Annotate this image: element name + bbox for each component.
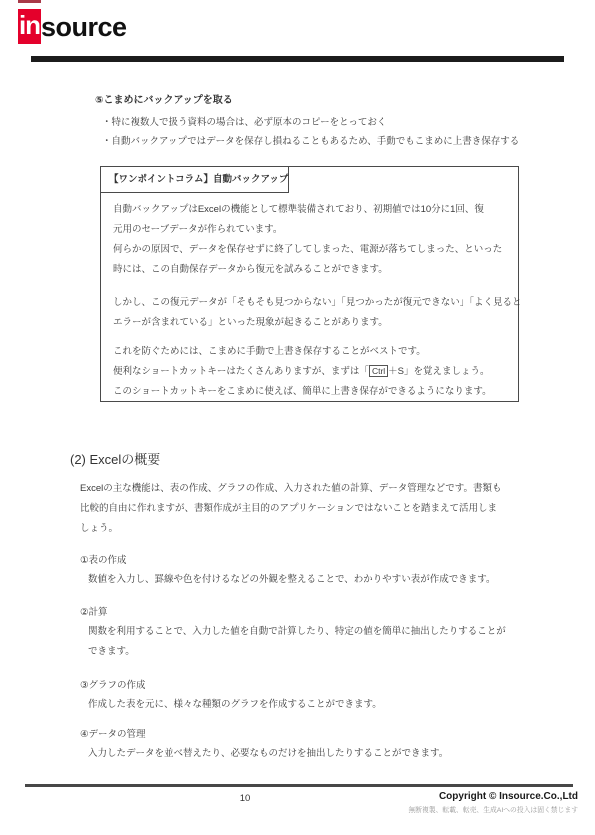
column-line: 何らかの原因で、データを保存せずに終了してしまった、電源が落ちてしまった、といっ…	[113, 241, 502, 255]
copyright-text: Copyright © Insource.Co.,Ltd	[439, 791, 578, 802]
backup-bullet-1: ・特に複数人で扱う資料の場合は、必ず原本のコピーをとっておく	[102, 114, 386, 128]
footer-divider	[25, 784, 573, 787]
ctrl-key-icon: Ctrl	[369, 365, 388, 377]
column-line: これを防ぐためには、こまめに手動で上書き保存することがベストです。	[113, 343, 426, 357]
excel-item-4-title: ④データの管理	[80, 726, 146, 740]
column-line: 元用のセーブデータが作られています。	[113, 221, 282, 235]
logo-top-fragment	[18, 0, 41, 3]
excel-item-3-line: 作成した表を元に、様々な種類のグラフを作成することができます。	[88, 696, 382, 710]
excel-intro-line: 比較的自由に作れますが、書類作成が主目的のアプリケーションではないことを踏まえて…	[80, 500, 497, 514]
column-line: このショートカットキーをこまめに使えば、簡単に上書き保存ができるようになります。	[113, 383, 492, 397]
excel-item-3-title: ③グラフの作成	[80, 677, 146, 691]
column-line: エラーが含まれている」といった現象が起きることがあります。	[113, 314, 388, 328]
column-line: しかし、この復元データが「そもそも見つからない」「見つかったが復元できない」「よ…	[113, 294, 522, 308]
excel-item-1-title: ①表の作成	[80, 552, 127, 566]
insource-logo-in-icon: in	[18, 9, 41, 44]
excel-intro-line: Excelの主な機能は、表の作成、グラフの作成、入力された値の計算、データ管理な…	[80, 480, 501, 494]
backup-section-heading: ⑤こまめにバックアップを取る	[95, 91, 233, 106]
shortcut-text-pre: 便利なショートカットキーはたくさんありますが、まずは「	[113, 366, 369, 377]
backup-bullet-2: ・自動バックアップではデータを保存し損ねることもあるため、手動でもこまめに上書き…	[102, 133, 519, 147]
shortcut-text-post: ＋S」を覚えましょう。	[388, 366, 489, 377]
excel-intro-line: しょう。	[80, 520, 118, 534]
excel-item-4-line: 入力したデータを並べ替えたり、必要なものだけを抽出したりすることができます。	[88, 745, 448, 759]
column-box-title: 【ワンポイントコラム】自動バックアップ	[100, 166, 289, 193]
excel-section-heading: (2) Excelの概要	[70, 449, 160, 468]
excel-item-2-line: 関数を利用することで、入力した値を自動で計算したり、特定の値を簡単に抽出したりす…	[88, 623, 506, 637]
excel-item-1-line: 数値を入力し、罫線や色を付けるなどの外観を整えることで、わかりやすい表が作成でき…	[88, 571, 496, 585]
copyright-notice: 無断複製、転載、転売、生成AIへの投入は固く禁じます	[408, 804, 578, 814]
column-line: 自動バックアップはExcelの機能として標準装備されており、初期値では10分に1…	[113, 201, 484, 215]
insource-logo-text: source	[41, 9, 127, 44]
page-number: 10	[228, 793, 262, 804]
excel-item-2-title: ②計算	[80, 604, 108, 618]
header-divider	[31, 56, 564, 62]
column-line: 時には、この自動保存データから復元を試みることができます。	[113, 261, 388, 275]
excel-item-2-line: できます。	[88, 643, 135, 657]
column-shortcut-line: 便利なショートカットキーはたくさんありますが、まずは「Ctrl＋S」を覚えましょ…	[113, 363, 490, 377]
document-page: in source ⑤こまめにバックアップを取る ・特に複数人で扱う資料の場合は…	[0, 0, 595, 835]
